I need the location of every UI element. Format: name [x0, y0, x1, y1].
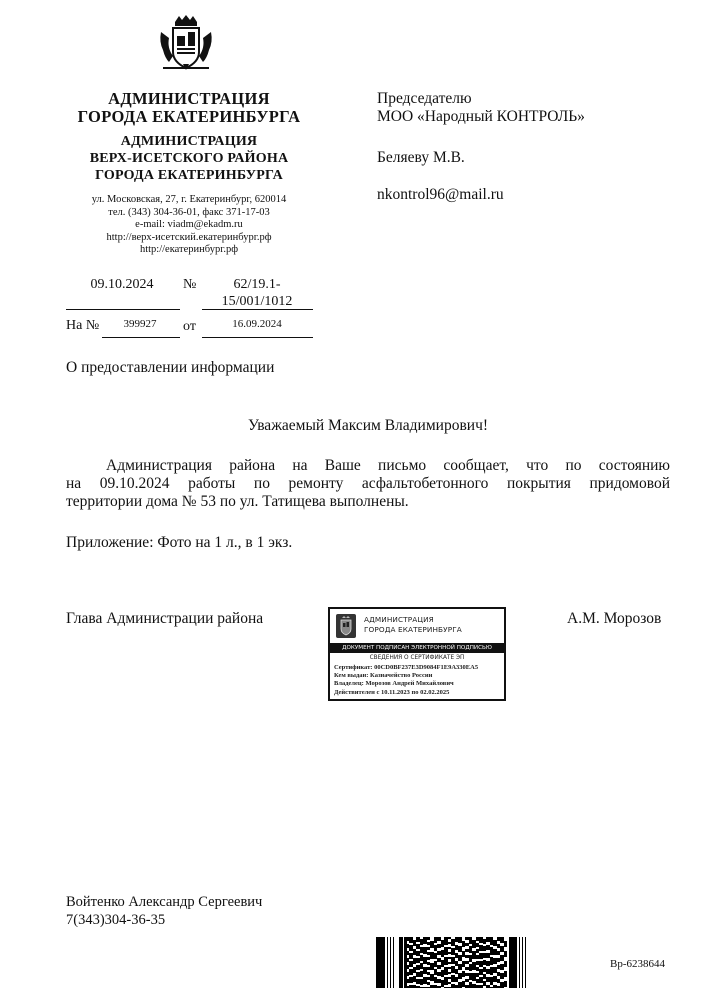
stamp-issuer: Кем выдан: Казначейство России — [334, 672, 478, 680]
stamp-validity: Действителен с 10.11.2023 по 02.02.2025 — [334, 689, 478, 697]
body-line-3: территории дома № 53 по ул. Татищева вып… — [66, 493, 670, 511]
greeting: Уважаемый Максим Владимирович! — [66, 417, 670, 435]
outgoing-number-line2: 15/001/1012 — [202, 293, 312, 310]
org-site-city: http://екатеринбург.рф — [60, 244, 318, 257]
stamp-certificate-heading: СВЕДЕНИЯ О СЕРТИФИКАТЕ ЭП — [330, 654, 504, 662]
org-email: e-mail: viadm@ekadm.ru — [60, 219, 318, 232]
executor-phone: 7(343)304-36-35 — [66, 911, 262, 929]
ref-date: 16.09.2024 — [202, 318, 312, 330]
recipient-name: Беляеву М.В. — [377, 149, 465, 167]
org-phone: тел. (343) 304-36-01, факс 371-17-03 — [60, 207, 318, 220]
document-code: Вр-6238644 — [610, 958, 665, 970]
coat-of-arms-icon — [155, 12, 217, 74]
org-address: ул. Московская, 27, г. Екатеринбург, 620… — [60, 194, 318, 207]
stamp-emblem-icon — [336, 614, 356, 638]
stamp-title-line2: ГОРОДА ЕКАТЕРИНБУРГА — [364, 625, 462, 635]
ref-from-label: от — [183, 319, 196, 335]
attachment-note: Приложение: Фото на 1 л., в 1 экз. — [66, 534, 292, 552]
body-line-1: Администрация района на Ваше письмо сооб… — [66, 457, 670, 475]
stamp-owner: Владелец: Морозов Андрей Михайлович — [334, 680, 478, 688]
org-site-district: http://верх-исетский.екатеринбург.рф — [60, 232, 318, 245]
number-underline — [202, 309, 313, 310]
recipient-organization: МОО «Народный КОНТРОЛЬ» — [377, 108, 585, 126]
outgoing-date: 09.10.2024 — [66, 276, 178, 294]
ref-date-underline — [202, 337, 313, 338]
signer-position: Глава Администрации района — [66, 610, 263, 628]
sub-org-line1: АДМИНИСТРАЦИЯ — [60, 133, 318, 150]
stamp-certificate: Сертификат: 00CD0BF237E3D9084F1E9A330EA5 — [334, 664, 478, 672]
org-title-line1: АДМИНИСТРАЦИЯ — [60, 90, 318, 108]
pdf417-barcode-icon — [376, 937, 543, 988]
stamp-signed-banner: ДОКУМЕНТ ПОДПИСАН ЭЛЕКТРОННОЙ ПОДПИСЬЮ — [330, 643, 504, 653]
date-underline — [66, 309, 180, 310]
signer-name: А.М. Морозов — [567, 610, 661, 628]
number-label: № — [183, 276, 196, 294]
stamp-title-line1: АДМИНИСТРАЦИЯ — [364, 615, 462, 625]
ref-number: 399927 — [104, 318, 176, 330]
electronic-signature-stamp: АДМИНИСТРАЦИЯ ГОРОДА ЕКАТЕРИНБУРГА ДОКУМ… — [328, 607, 506, 701]
letter-subject: О предоставлении информации — [66, 359, 274, 377]
recipient-email: nkontrol96@mail.ru — [377, 186, 504, 204]
body-line-2: на 09.10.2024 работы по ремонту асфальто… — [66, 475, 670, 493]
outgoing-number-line1: 62/19.1- — [202, 276, 312, 293]
sub-org-line3: ГОРОДА ЕКАТЕРИНБУРГА — [60, 167, 318, 184]
org-title-line2: ГОРОДА ЕКАТЕРИНБУРГА — [60, 108, 318, 126]
recipient-position: Председателю — [377, 90, 585, 108]
executor-name: Войтенко Александр Сергеевич — [66, 893, 262, 911]
ref-number-underline — [102, 337, 180, 338]
sub-org-line2: ВЕРХ-ИСЕТСКОГО РАЙОНА — [60, 150, 318, 167]
ref-number-label: На № — [66, 318, 99, 334]
